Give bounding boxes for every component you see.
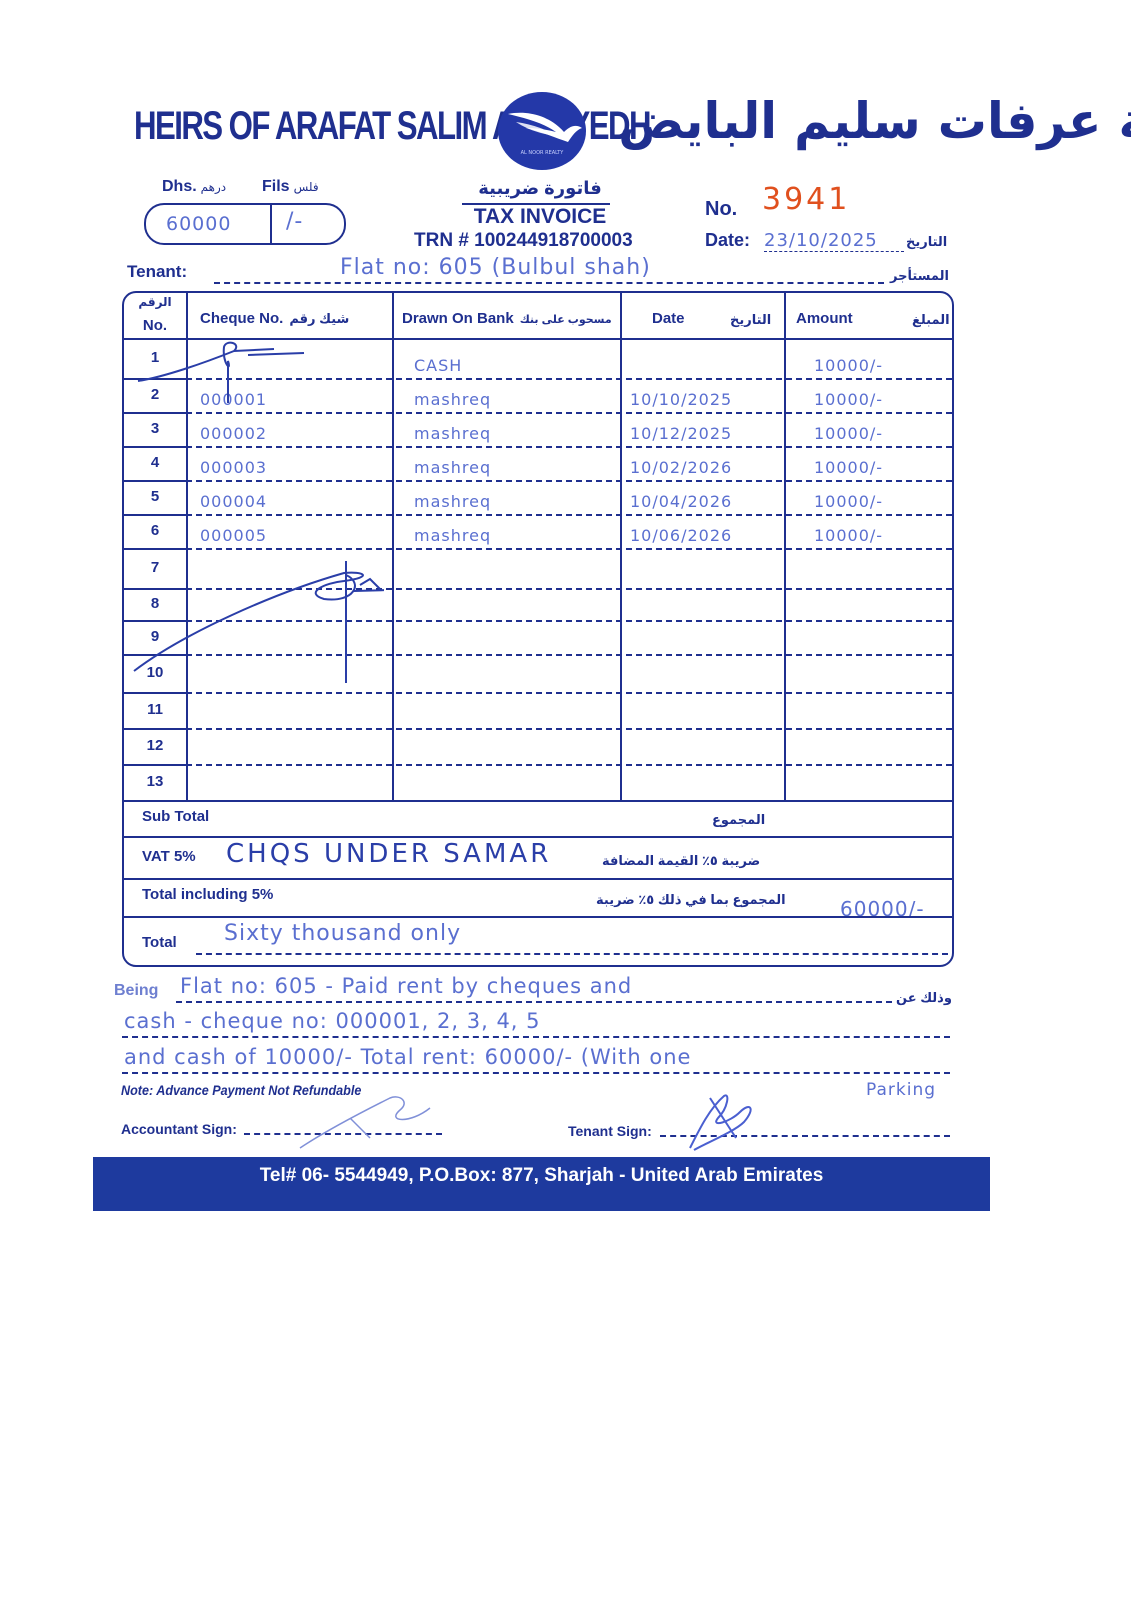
eagle-logo-icon: AL NOOR REALTY xyxy=(498,92,586,170)
header-bank-ar: مسحوب على بنك xyxy=(520,314,612,326)
col-divider xyxy=(784,293,786,800)
cell-bank: mashreq xyxy=(414,492,491,511)
header-date-ar: التاريخ xyxy=(730,312,771,328)
accountant-signature-icon xyxy=(290,1088,470,1158)
amount-box: 60000 /- xyxy=(144,203,346,245)
fils-label: Filsفلس xyxy=(262,178,323,196)
date-label-ar: التاريخ xyxy=(906,234,947,250)
row-number: 11 xyxy=(124,701,186,718)
being-label-ar: وذلك عن xyxy=(896,990,952,1006)
tenant-label-ar: المستأجر xyxy=(890,268,949,284)
being-text-2: cash - cheque no: 000001, 2, 3, 4, 5 xyxy=(124,1009,541,1033)
date-label: Date: xyxy=(705,230,750,251)
total-incl-label-ar: المجموع بما في ذلك ٥٪ ضريبة xyxy=(596,892,786,908)
dhs-label-en: Dhs. xyxy=(162,178,197,195)
fils-label-en: Fils xyxy=(262,178,290,195)
tenant-sign-label: Tenant Sign: xyxy=(568,1123,652,1139)
cell-date: 10/04/2026 xyxy=(630,492,732,511)
cell-amount: 10000/- xyxy=(814,492,883,511)
cell-bank: mashreq xyxy=(414,424,491,443)
cell-date: 10/12/2025 xyxy=(630,424,732,443)
accountant-sign-label: Accountant Sign: xyxy=(121,1121,237,1137)
vat-label-ar: ضريبة ٥٪ القيمة المضافة xyxy=(602,853,760,869)
total-rule xyxy=(124,916,952,918)
row-number: 12 xyxy=(124,737,186,754)
row-dashed-line xyxy=(186,764,952,766)
title-en: TAX INVOICE xyxy=(420,205,660,229)
row-number: 13 xyxy=(124,773,186,790)
being-line-3 xyxy=(122,1072,950,1074)
vat-note: CHQS UNDER SAMAR xyxy=(226,839,551,869)
total-label: Total xyxy=(142,934,177,951)
footer-contact-bar: Tel# 06- 5544949, P.O.Box: 877, Sharjah … xyxy=(93,1157,990,1211)
tenant-value: Flat no: 605 (Bulbul shah) xyxy=(340,255,651,280)
cell-amount: 10000/- xyxy=(814,356,883,375)
dhs-label: Dhs.درهم xyxy=(162,178,230,196)
fils-label-ar: فلس xyxy=(294,180,319,194)
row-dashed-line xyxy=(186,728,952,730)
header-amount: Amount xyxy=(796,310,853,327)
col-divider xyxy=(620,293,622,800)
vat-rule xyxy=(124,836,952,838)
dhs-label-ar: درهم xyxy=(201,180,226,194)
header-bank-en: Drawn On Bank xyxy=(402,310,514,327)
row-divider xyxy=(124,764,186,766)
title-ar: فاتورة ضريبية xyxy=(420,178,660,199)
being-line-2 xyxy=(122,1036,950,1038)
being-text-4: Parking xyxy=(866,1080,936,1100)
header-date: Date xyxy=(652,310,685,327)
being-text-1: Flat no: 605 - Paid rent by cheques and xyxy=(180,974,632,998)
signature-scribble-icon xyxy=(124,333,384,693)
cell-bank: mashreq xyxy=(414,458,491,477)
cell-date: 10/06/2026 xyxy=(630,526,732,545)
cell-bank: mashreq xyxy=(414,390,491,409)
header-cheque-ar: شيك رقم xyxy=(289,311,349,326)
total-incl-rule xyxy=(124,878,952,880)
col-divider xyxy=(392,293,394,800)
cell-bank: mashreq xyxy=(414,526,491,545)
header-amount-ar: المبلغ xyxy=(912,312,950,328)
trn-number: TRN # 100244918700003 xyxy=(414,230,633,252)
cell-amount: 10000/- xyxy=(814,526,883,545)
header-no-ar: الرقم xyxy=(124,295,186,309)
fils-value: /- xyxy=(286,209,303,234)
cell-amount: 10000/- xyxy=(814,458,883,477)
header-no: No. xyxy=(124,317,186,334)
date-value: 23/10/2025 xyxy=(764,230,904,252)
tenant-line xyxy=(214,282,884,284)
cheque-table: الرقم No. Cheque No.شيك رقم Drawn On Ban… xyxy=(122,291,954,967)
tenant-label: Tenant: xyxy=(127,262,187,282)
subtotal-label: Sub Total xyxy=(142,808,209,825)
footer-contact: Tel# 06- 5544949, P.O.Box: 877, Sharjah … xyxy=(260,1165,824,1186)
invoice-no-label: No. xyxy=(705,198,737,221)
row-divider xyxy=(124,728,186,730)
amount-box-divider xyxy=(270,205,272,243)
cell-date: 10/10/2025 xyxy=(630,390,732,409)
tenant-signature-icon xyxy=(680,1088,770,1158)
total-words: Sixty thousand only xyxy=(224,921,461,946)
cell-amount: 10000/- xyxy=(814,424,883,443)
total-incl-label: Total including 5% xyxy=(142,886,273,903)
header-cheque: Cheque No.شيك رقم xyxy=(200,310,349,327)
being-line-1 xyxy=(176,1001,892,1003)
being-label: Being xyxy=(114,982,158,1000)
company-name-ar: ورثة عرفات سليم البايض xyxy=(618,92,1131,150)
total-line xyxy=(196,953,948,955)
dhs-value: 60000 xyxy=(166,213,231,235)
header-cheque-en: Cheque No. xyxy=(200,310,283,327)
cell-date: 10/02/2026 xyxy=(630,458,732,477)
header-bank: Drawn On Bankمسحوب على بنك xyxy=(402,310,612,327)
vat-label: VAT 5% xyxy=(142,848,196,865)
cell-bank: CASH xyxy=(414,356,462,375)
subtotal-rule xyxy=(124,800,952,802)
svg-text:AL NOOR REALTY: AL NOOR REALTY xyxy=(521,150,565,156)
cell-amount: 10000/- xyxy=(814,390,883,409)
being-text-3: and cash of 10000/- Total rent: 60000/- … xyxy=(124,1045,691,1069)
invoice-no-value: 3941 xyxy=(762,182,850,217)
subtotal-label-ar: المجموع xyxy=(712,812,765,828)
